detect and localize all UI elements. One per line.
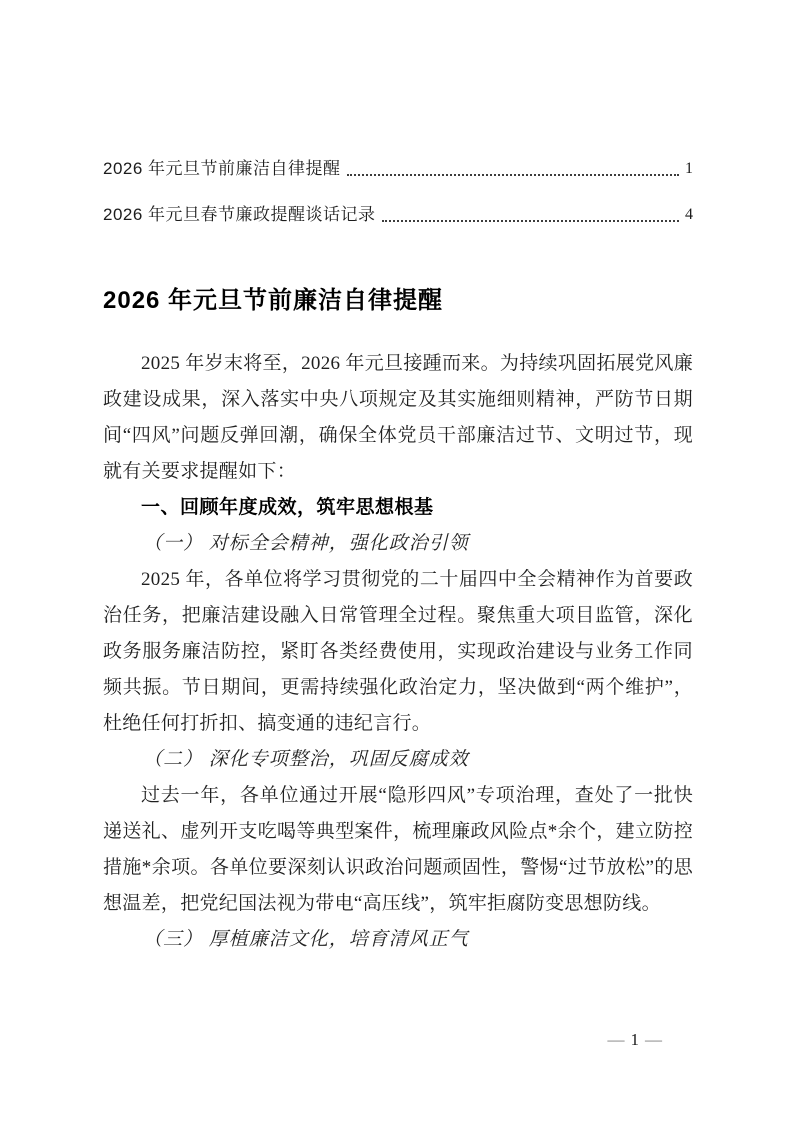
section-1-heading: 一、回顾年度成效，筑牢思想根基 [103,490,693,526]
document-title: 2026 年元旦节前廉洁自律提醒 [103,281,693,321]
footer-right-dash: — [645,1030,662,1049]
toc-entry-1[interactable]: 2026 年元旦节前廉洁自律提醒 1 [103,158,693,180]
subsection-1-2-heading: （二） 深化专项整治，巩固反腐成效 [103,742,693,778]
subsection-1-1-heading: （一） 对标全会精神，强化政治引领 [103,526,693,562]
toc-entry-1-title: 2026 年元旦节前廉洁自律提醒 [103,158,341,180]
toc-entry-1-page-number: 1 [685,158,693,180]
document-content: 2026 年元旦节前廉洁自律提醒 1 2026 年元旦春节廉政提醒谈话记录 4 … [103,0,693,958]
toc-entry-2-page-number: 4 [685,204,693,226]
page-footer: —1— [602,1030,669,1050]
subsection-1-3-heading: （三） 厚植廉洁文化，培育清风正气 [103,922,693,958]
intro-paragraph: 2025 年岁末将至，2026 年元旦接踵而来。为持续巩固拓展党风廉政建设成果，… [103,346,693,490]
subsection-1-1-paragraph: 2025 年，各单位将学习贯彻党的二十届四中全会精神作为首要政治任务，把廉洁建设… [103,562,693,742]
subsection-1-2-paragraph: 过去一年，各单位通过开展“隐形四风”专项治理，查处了一批快递送礼、虚列开支吃喝等… [103,778,693,922]
toc-dot-leader [347,174,679,176]
document-page: 2026 年元旦节前廉洁自律提醒 1 2026 年元旦春节廉政提醒谈话记录 4 … [0,0,793,1122]
toc-entry-2[interactable]: 2026 年元旦春节廉政提醒谈话记录 4 [103,204,693,226]
footer-left-dash: — [608,1030,625,1049]
footer-page-number: 1 [631,1030,640,1049]
table-of-contents: 2026 年元旦节前廉洁自律提醒 1 2026 年元旦春节廉政提醒谈话记录 4 [103,158,693,226]
toc-dot-leader [382,220,679,222]
toc-entry-2-title: 2026 年元旦春节廉政提醒谈话记录 [103,204,376,226]
